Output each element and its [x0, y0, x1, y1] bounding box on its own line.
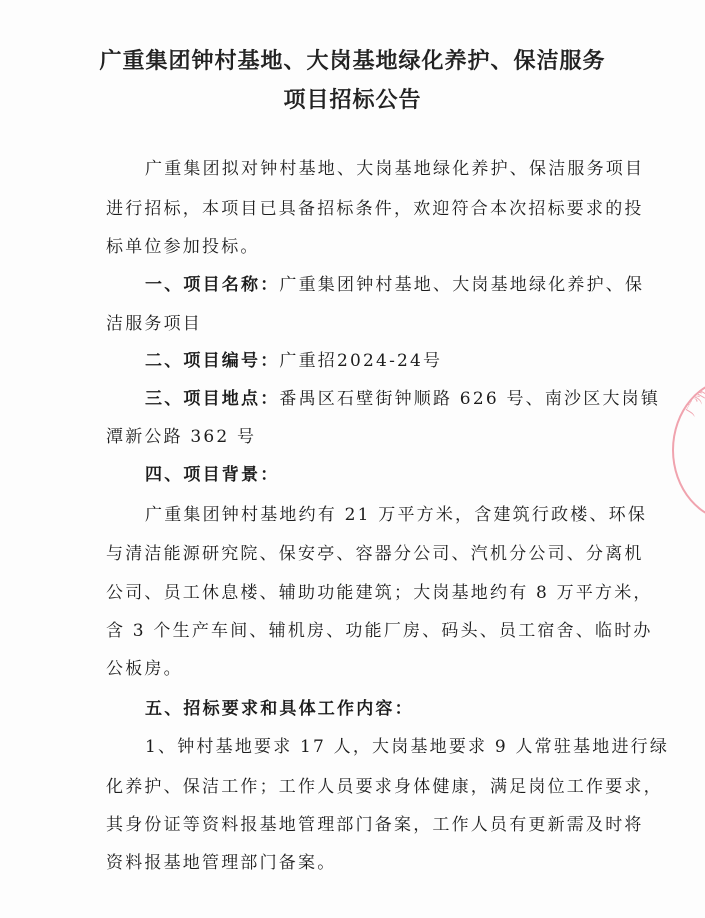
background-line-2: 与清洁能源研究院、保安亭、容器分公司、汽机分公司、分离机 — [106, 543, 636, 565]
intro-line-2: 进行招标，本项目已具备招标条件，欢迎符合本次招标要求的投 — [106, 198, 636, 220]
official-seal-stamp: 广州广重 — [672, 378, 705, 522]
document-title-line-1: 广重集团钟村基地、大岗基地绿化养护、保洁服务 — [0, 44, 705, 75]
requirements-line-2: 化养护、保洁工作；工作人员要求身体健康，满足岗位工作要求， — [106, 776, 636, 798]
section-text: 广重招2024-24号 — [279, 351, 442, 371]
intro-line-3: 标单位参加投标。 — [106, 236, 636, 258]
background-line-5: 公板房。 — [106, 658, 636, 680]
document-title-line-2: 项目招标公告 — [0, 83, 705, 114]
background-line-4: 含 3 个生产车间、辅机房、功能厂房、码头、员工宿舍、临时办 — [106, 620, 636, 642]
section-project-name: 一、项目名称：广重集团钟村基地、大岗基地绿化养护、保 — [145, 274, 636, 296]
section-label: 一、项目名称： — [145, 275, 279, 295]
seal-text: 广州广重 — [682, 378, 705, 419]
section-label: 三、项目地点： — [145, 389, 279, 409]
section-text: 广重集团钟村基地、大岗基地绿化养护、保 — [279, 275, 644, 295]
intro-line-1: 广重集团拟对钟村基地、大岗基地绿化养护、保洁服务项目 — [145, 158, 636, 180]
section-project-name-cont: 洁服务项目 — [106, 313, 636, 335]
background-line-3: 公司、员工休息楼、辅助功能建筑；大岗基地约有 8 万平方米， — [106, 582, 636, 604]
document-page: 广重集团钟村基地、大岗基地绿化养护、保洁服务 项目招标公告 广重集团拟对钟村基地… — [0, 0, 705, 918]
section-text: 番禺区石壁街钟顺路 626 号、南沙区大岗镇 — [279, 389, 660, 409]
section-requirements-heading: 五、招标要求和具体工作内容： — [145, 698, 636, 720]
background-line-1: 广重集团钟村基地约有 21 万平方米，含建筑行政楼、环保 — [145, 504, 636, 526]
section-background-heading: 四、项目背景： — [145, 464, 636, 486]
requirements-line-3: 其身份证等资料报基地管理部门备案，工作人员有更新需及时将 — [106, 814, 636, 836]
section-project-number: 二、项目编号：广重招2024-24号 — [145, 350, 636, 372]
section-project-location-cont: 潭新公路 362 号 — [106, 426, 636, 448]
requirements-line-1: 1、钟村基地要求 17 人，大岗基地要求 9 人常驻基地进行绿 — [145, 736, 636, 758]
section-label: 二、项目编号： — [145, 351, 279, 371]
requirements-line-4: 资料报基地管理部门备案。 — [106, 852, 636, 874]
section-project-location: 三、项目地点：番禺区石壁街钟顺路 626 号、南沙区大岗镇 — [145, 388, 636, 410]
